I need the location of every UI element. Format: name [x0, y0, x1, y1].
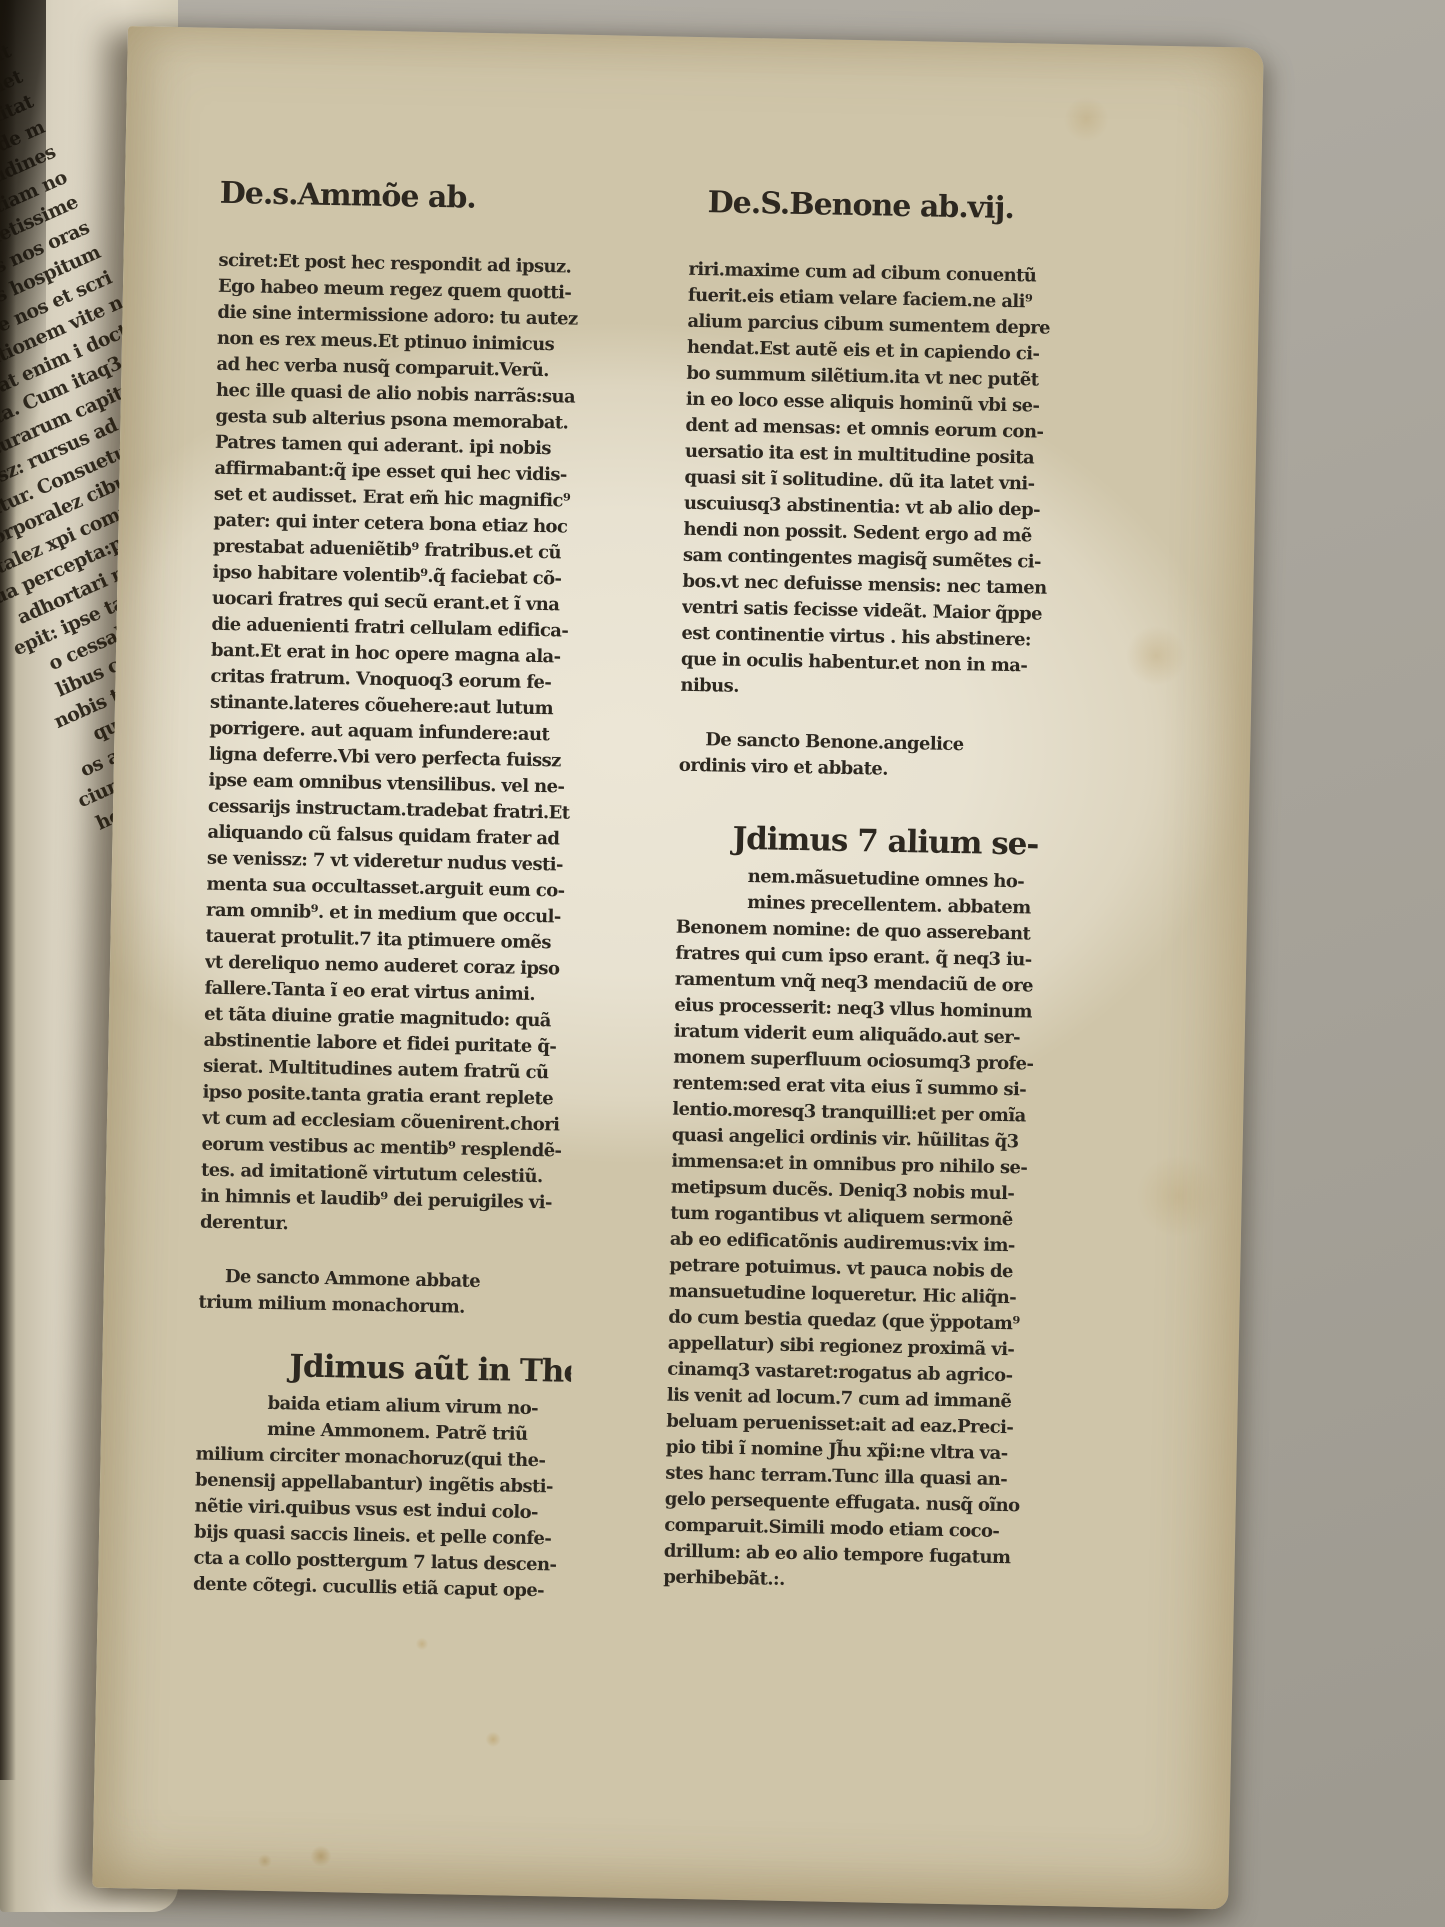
left-section-heading: De sancto Ammone abbatetrium milium mona… — [198, 1264, 573, 1323]
left-text-column: sciret:Et post hec respondit ad ipsuz.Eg… — [193, 248, 593, 1605]
right-text-column: riri.maxime cum ad cibum conuentũfuerit.… — [663, 257, 1071, 1598]
right-chapter-indent-lines: nem.mãsuetudine omnes ho-mines precellen… — [676, 863, 1059, 922]
right-chapter-body: Benonem nomine: de quo asserebantfratres… — [663, 915, 1058, 1598]
book-photo: De.S.Hor abbate uit. Cum autem de heremo… — [0, 0, 1445, 1927]
right-chapter-incipit: Jdimus 7 alium se- — [732, 814, 1060, 870]
running-head-left: De.s.Ammõe ab. — [219, 176, 476, 216]
page-surface: De.s.Ammõe ab. De.S.Benone ab.vij. scire… — [92, 26, 1264, 1909]
right-chapter: Jdimus 7 alium se- nem.mãsuetudine omnes… — [663, 813, 1060, 1598]
left-chapter-indent-lines: baida etiam alium virum no-mine Ammonem.… — [196, 1390, 571, 1449]
running-head-right: De.S.Benone ab.vij. — [707, 185, 1014, 226]
left-chapter-body: milium circiter monachoruz(qui the-benen… — [193, 1442, 570, 1605]
right-paragraph: riri.maxime cum ad cibum conuentũfuerit.… — [680, 257, 1070, 706]
spine-edge — [0, 0, 16, 1780]
left-paragraph: sciret:Et post hec respondit ad ipsuz.Eg… — [200, 248, 593, 1243]
right-section-heading: De sancto Benone.angeliceordinis viro et… — [679, 727, 1062, 786]
left-chapter: Jdimus aũt in The baida etiam alium viru… — [193, 1340, 572, 1605]
left-chapter-incipit: Jdimus aũt in The — [289, 1341, 572, 1396]
